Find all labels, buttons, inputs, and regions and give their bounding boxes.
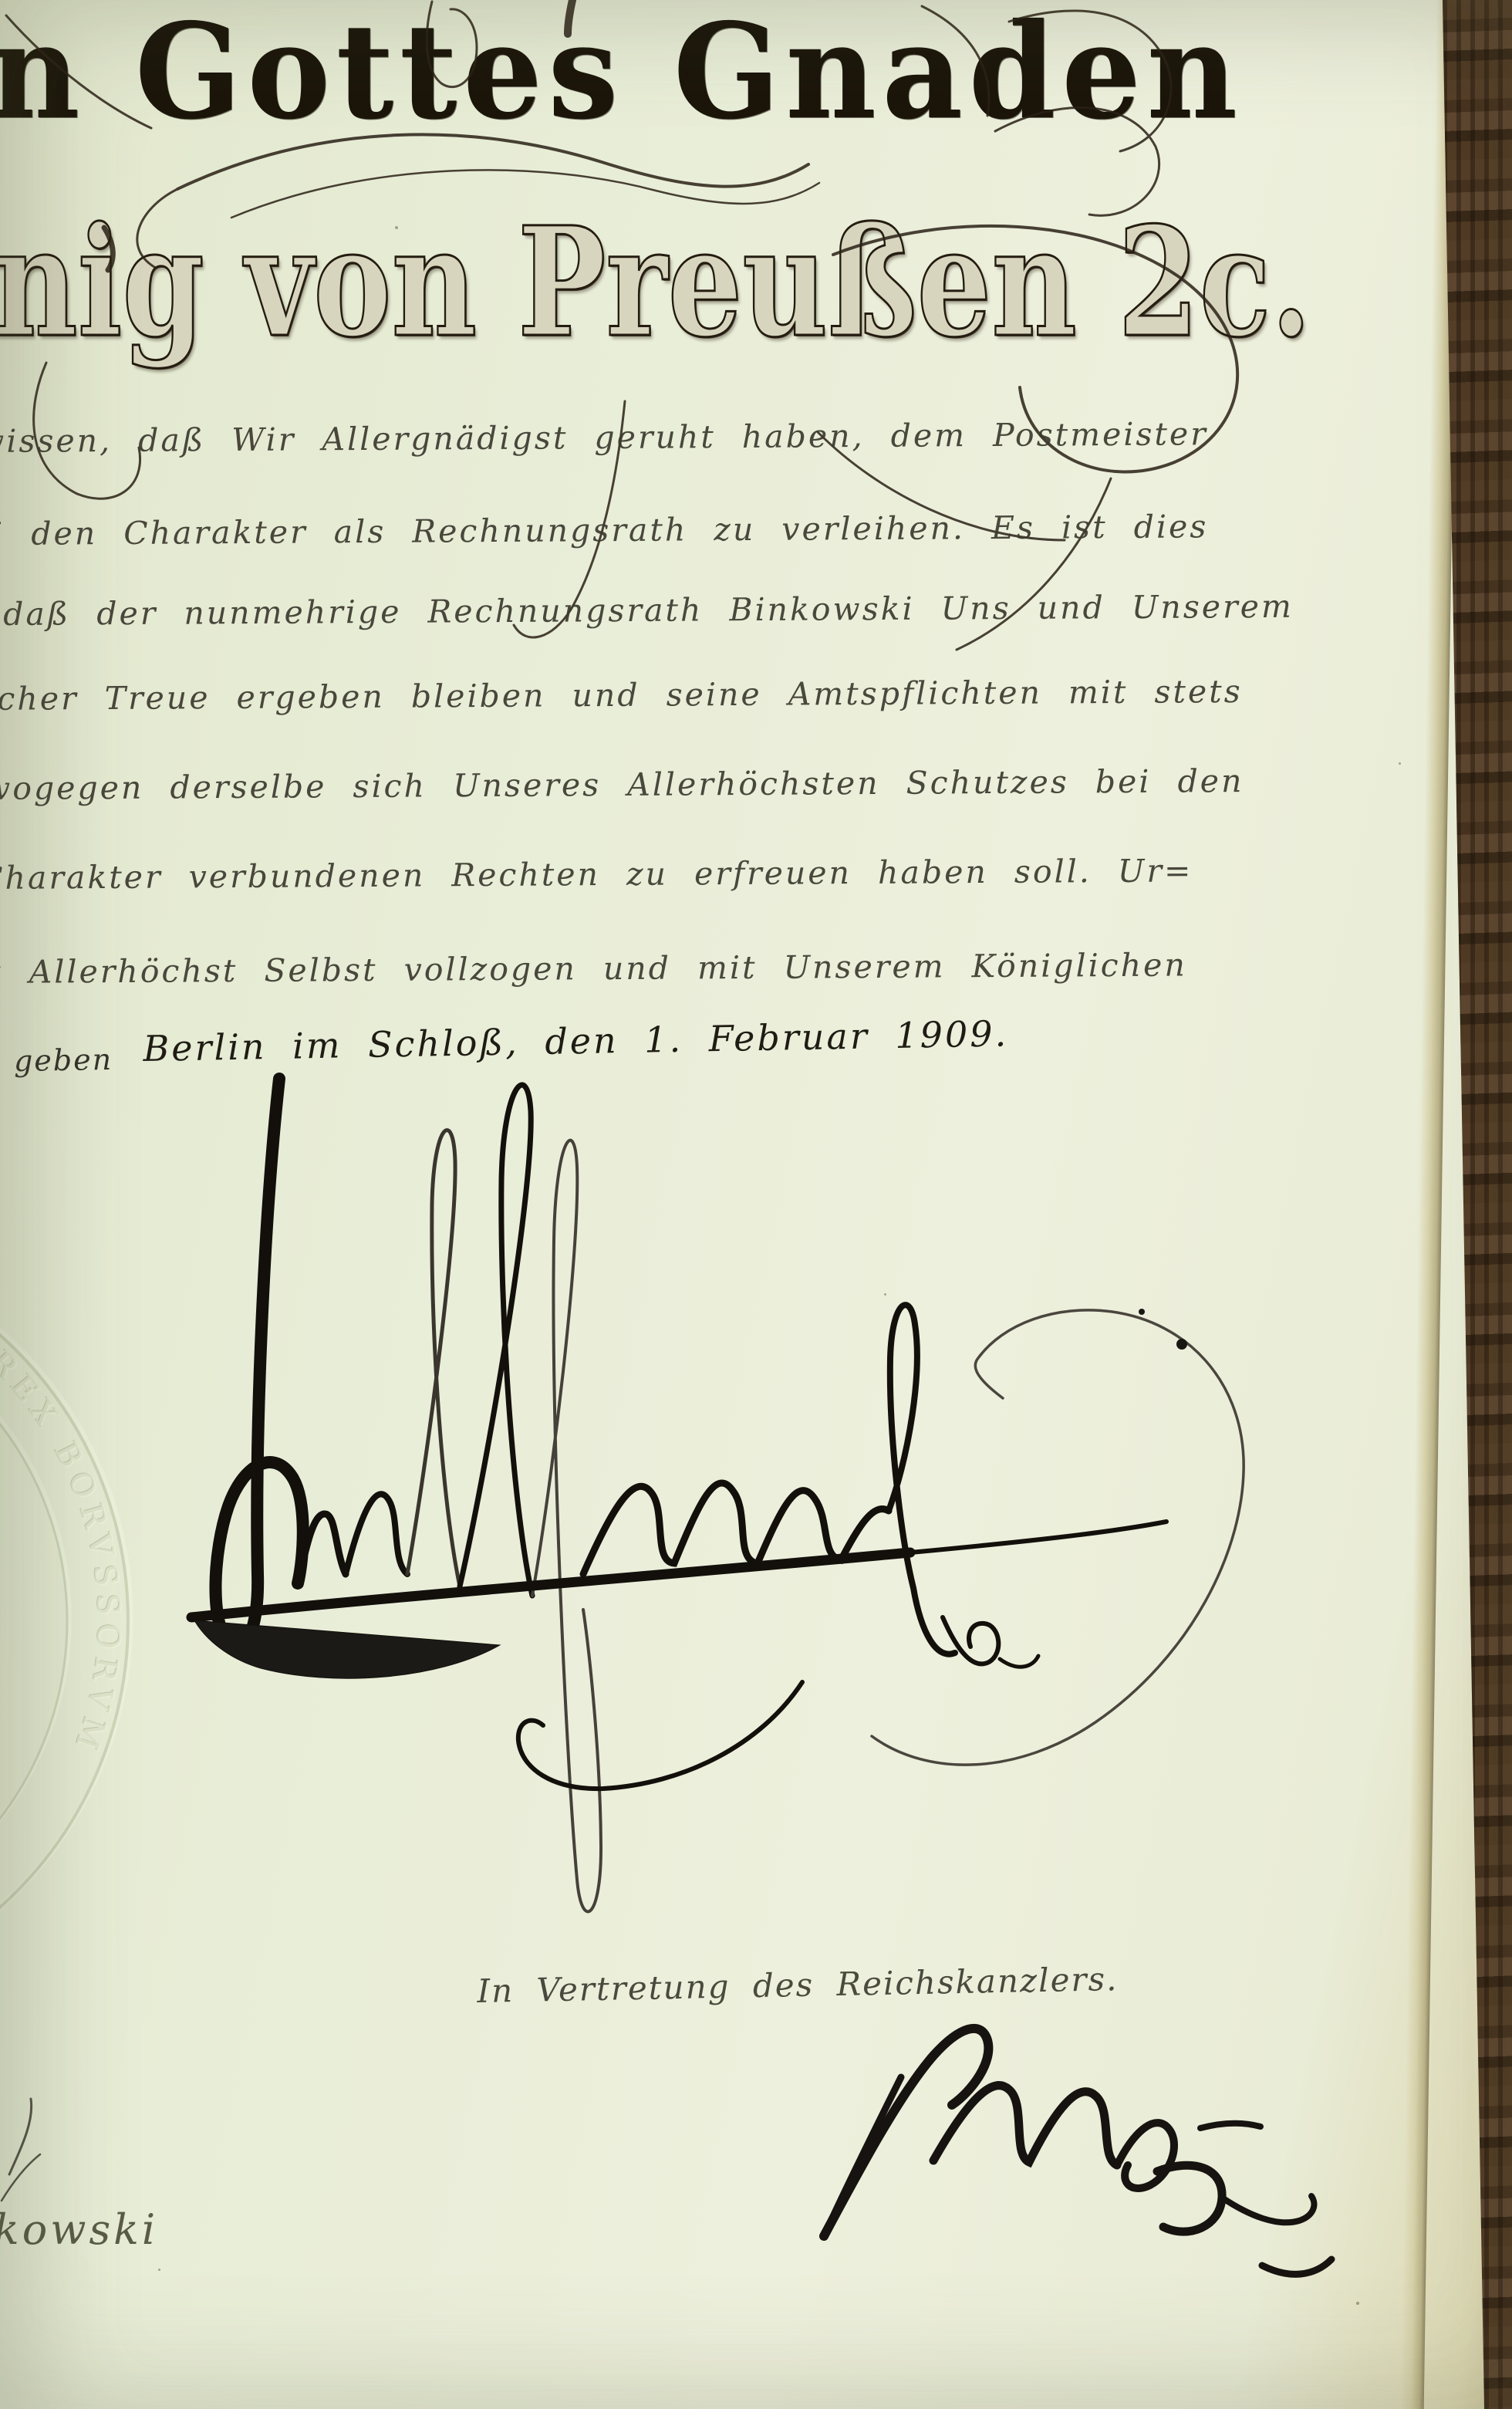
wood-table-surface xyxy=(1443,0,1512,2409)
body-line-2: i den Charakter als Rechnungsrath zu ver… xyxy=(0,508,1208,552)
svg-text:REX BORVSSORVM: REX BORVSSORVM xyxy=(0,1344,126,1761)
deputy-attribution: In Vertretung des Reichskanzlers. xyxy=(477,1960,1119,2010)
paper-speck xyxy=(1356,2302,1359,2305)
paper-speck xyxy=(395,226,398,229)
document-photo: REX BORVSSORVM REX BORVSSORVM REX BORVSS… xyxy=(0,0,1512,2409)
date-prefix: geben xyxy=(14,1042,113,1078)
body-line-7: t Allerhöchst Selbst vollzogen und mit U… xyxy=(0,947,1187,991)
date-line: Berlin im Schloß, den 1. Februar 1909. xyxy=(143,1012,1009,1069)
paper-speck xyxy=(884,1293,886,1296)
body-line-5: wogegen derselbe sich Unseres Allerhöchs… xyxy=(0,762,1244,807)
paper-speck xyxy=(1399,762,1401,765)
seal-inscription: REX BORVSSORVM REX BORVSSORVM REX BORVSS… xyxy=(0,1343,127,1762)
addressee-name-fragment: kowski xyxy=(0,2205,158,2254)
body-line-4: licher Treue ergeben bleiben und seine A… xyxy=(0,673,1243,718)
body-line-6: Charakter verbundenen Rechten zu erfreue… xyxy=(0,852,1193,897)
seal-text: REX BORVSSORVM xyxy=(0,1344,126,1761)
seal-rings xyxy=(0,1235,130,2005)
paper-speck xyxy=(158,2269,160,2271)
seal-text-shadow: REX BORVSSORVM xyxy=(0,1343,125,1760)
body-line-1: wissen, daß Wir Allergnädigst geruht hab… xyxy=(0,415,1208,460)
svg-text:REX BORVSSORVM: REX BORVSSORVM xyxy=(0,1346,127,1762)
heading-gottes-gnaden: n Gottes Gnaden xyxy=(0,6,1243,137)
svg-text:REX BORVSSORVM: REX BORVSSORVM xyxy=(0,1343,125,1760)
seal-text-light: REX BORVSSORVM xyxy=(0,1346,127,1762)
body-line-3: daß der nunmehrige Rechnungsrath Binkows… xyxy=(3,588,1294,633)
heading-koenig-von-preussen: nig von Preußen 2c. xyxy=(0,207,1311,357)
